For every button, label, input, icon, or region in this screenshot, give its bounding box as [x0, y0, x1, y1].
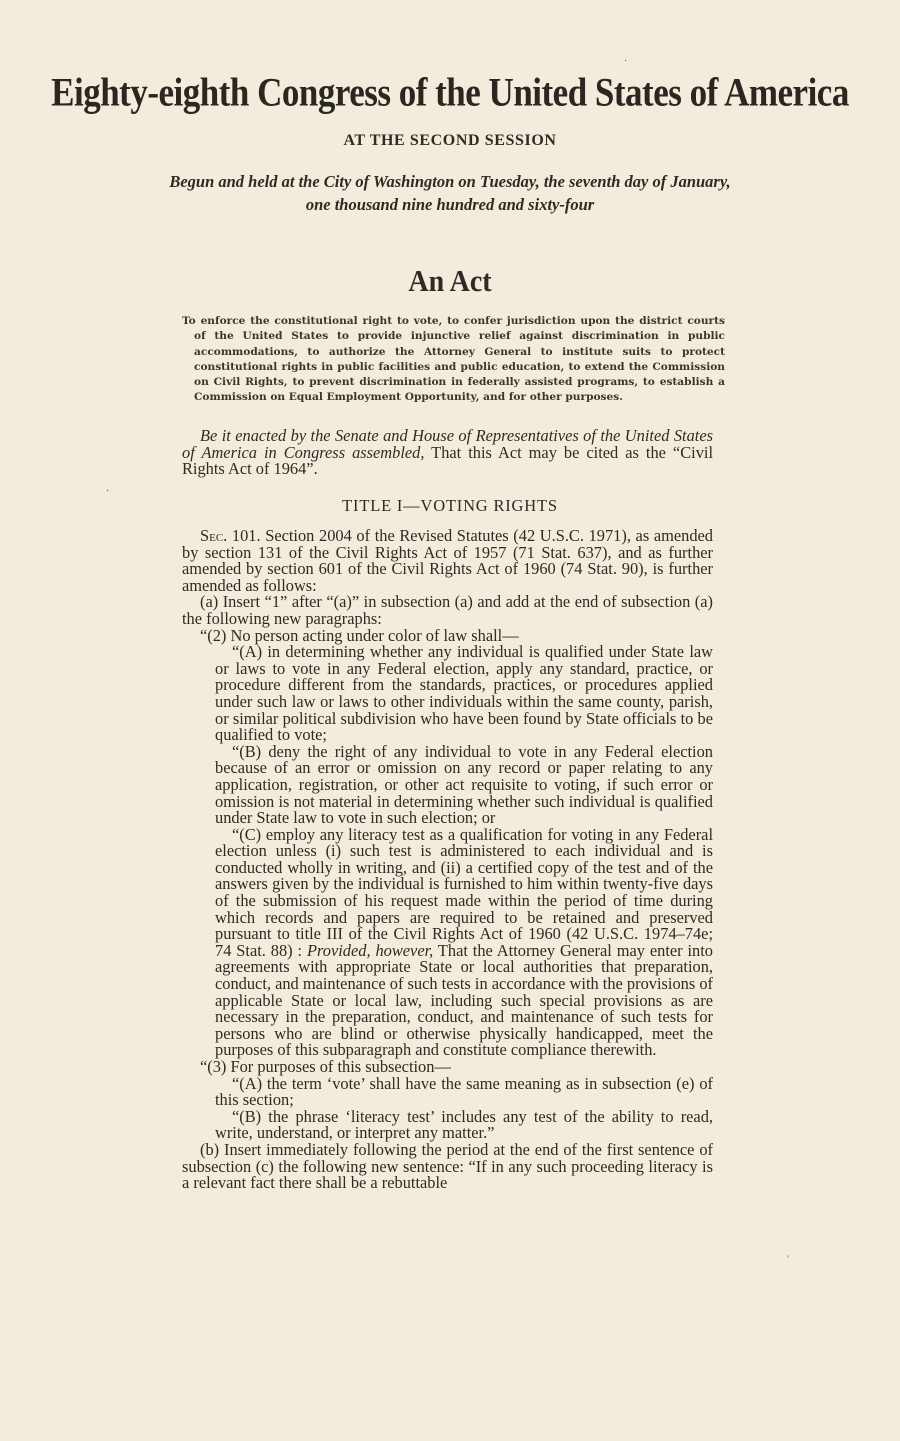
paragraph-b: (b) Insert immediately following the per…: [182, 1142, 713, 1192]
paragraph-a: (a) Insert “1” after “(a)” in subsection…: [182, 594, 713, 627]
paragraph-3A: “(A) the term ‘vote’ shall have the same…: [182, 1076, 713, 1109]
paragraph-2B: “(B) deny the right of any individual to…: [182, 744, 713, 827]
paragraph-2C: “(C) employ any literacy test as a quali…: [182, 827, 713, 1059]
session-heading: AT THE SECOND SESSION: [0, 132, 900, 150]
section-101-intro: Sec. 101. Section 2004 of the Revised St…: [182, 528, 713, 594]
paragraph-3B: “(B) the phrase ‘literacy test’ includes…: [182, 1109, 713, 1142]
convening-line-1: Begun and held at the City of Washington…: [0, 170, 900, 193]
section-101: Sec. 101. Section 2004 of the Revised St…: [182, 528, 713, 1192]
convening-line-2: one thousand nine hundred and sixty-four: [0, 193, 900, 216]
paper-speck: ·: [106, 486, 109, 497]
convening-statement: Begun and held at the City of Washington…: [0, 170, 900, 216]
paper-speck: ·: [624, 56, 627, 67]
act-heading: An Act: [0, 264, 900, 299]
congress-title: Eighty-eighth Congress of the United Sta…: [0, 70, 900, 116]
title-heading: TITLE I—VOTING RIGHTS: [0, 496, 900, 516]
paper-speck: `: [786, 1256, 791, 1267]
enacting-clause: Be it enacted by the Senate and House of…: [182, 428, 713, 478]
act-purpose: To enforce the constitutional right to v…: [182, 314, 725, 406]
document-page: Eighty-eighth Congress of the United Sta…: [0, 0, 900, 1441]
paragraph-2A: “(A) in determining whether any individu…: [182, 644, 713, 744]
